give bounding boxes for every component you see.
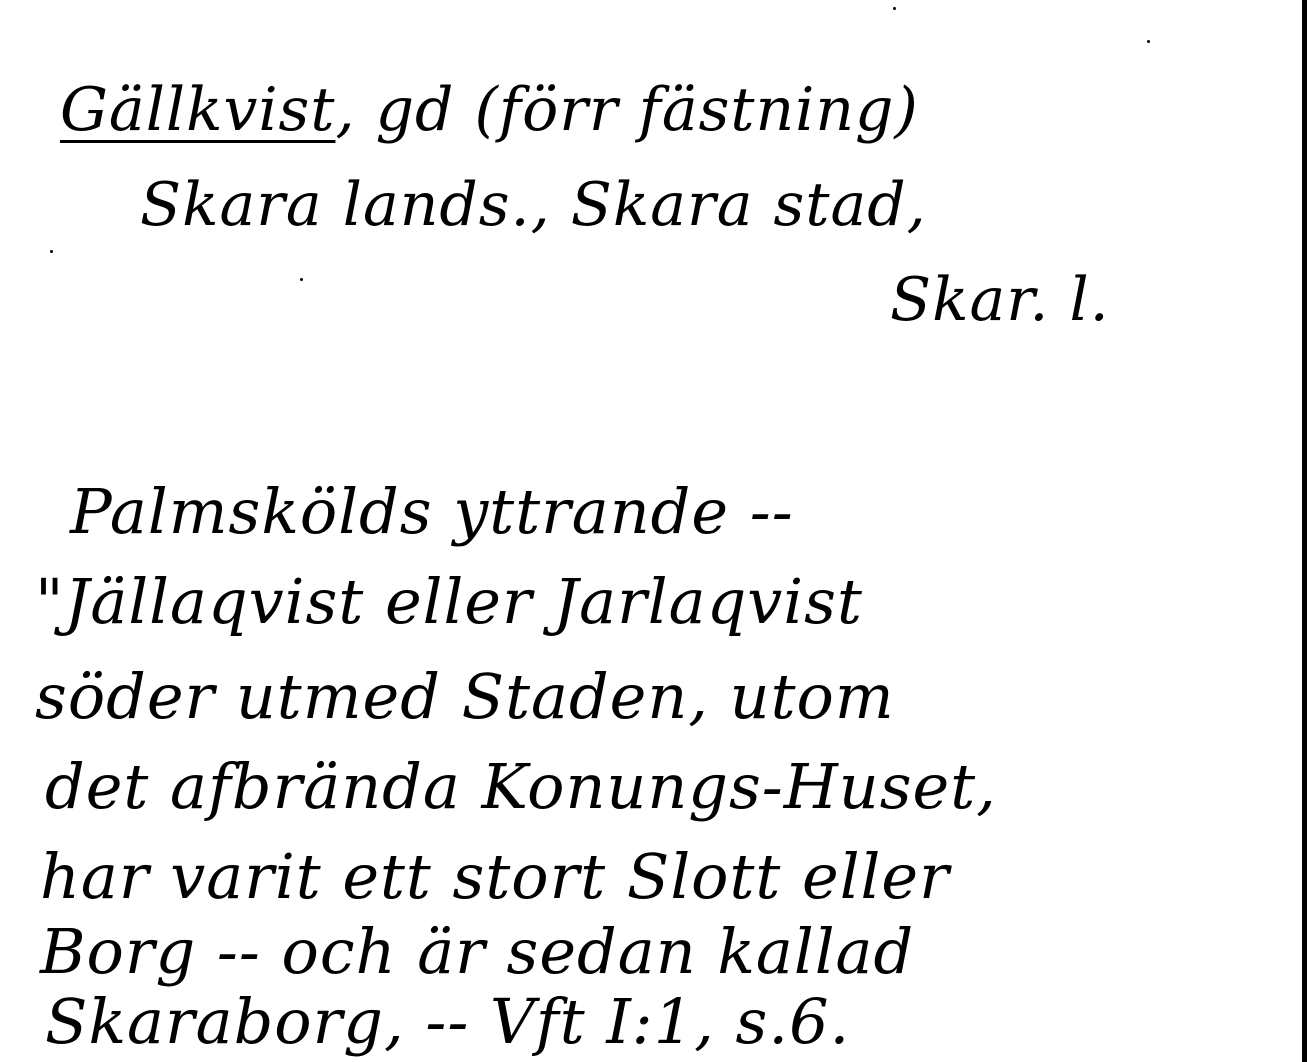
quote-line-1: Palmskölds yttrande -- [70, 475, 794, 548]
quote-line-7: Skaraborg, -- Vft I:1, s.6. [45, 985, 850, 1058]
quote-line-2: "Jällaqvist eller Jarlaqvist [35, 565, 863, 638]
scan-speck [893, 7, 896, 10]
location-line-1: Skara lands., Skara stad, [140, 170, 927, 240]
location-line-2: Skar. l. [890, 265, 1110, 335]
scan-speck [300, 278, 303, 281]
scan-speck [50, 250, 53, 253]
quote-line-4: det afbrända Konungs-Huset, [45, 750, 997, 823]
card-right-border [1302, 0, 1307, 1062]
index-card: Gällkvist, gd (förr fästning) Skara land… [0, 0, 1309, 1062]
quote-line-5: har varit ett stort Slott eller [40, 840, 950, 913]
heading-line: Gällkvist, gd (förr fästning) [60, 75, 919, 145]
quote-line-6: Borg -- och är sedan kallad [40, 915, 914, 988]
scan-speck [1147, 40, 1150, 43]
quote-line-3: söder utmed Staden, utom [35, 660, 895, 733]
place-type: , gd (förr fästning) [335, 75, 918, 145]
place-name: Gällkvist [60, 75, 335, 145]
